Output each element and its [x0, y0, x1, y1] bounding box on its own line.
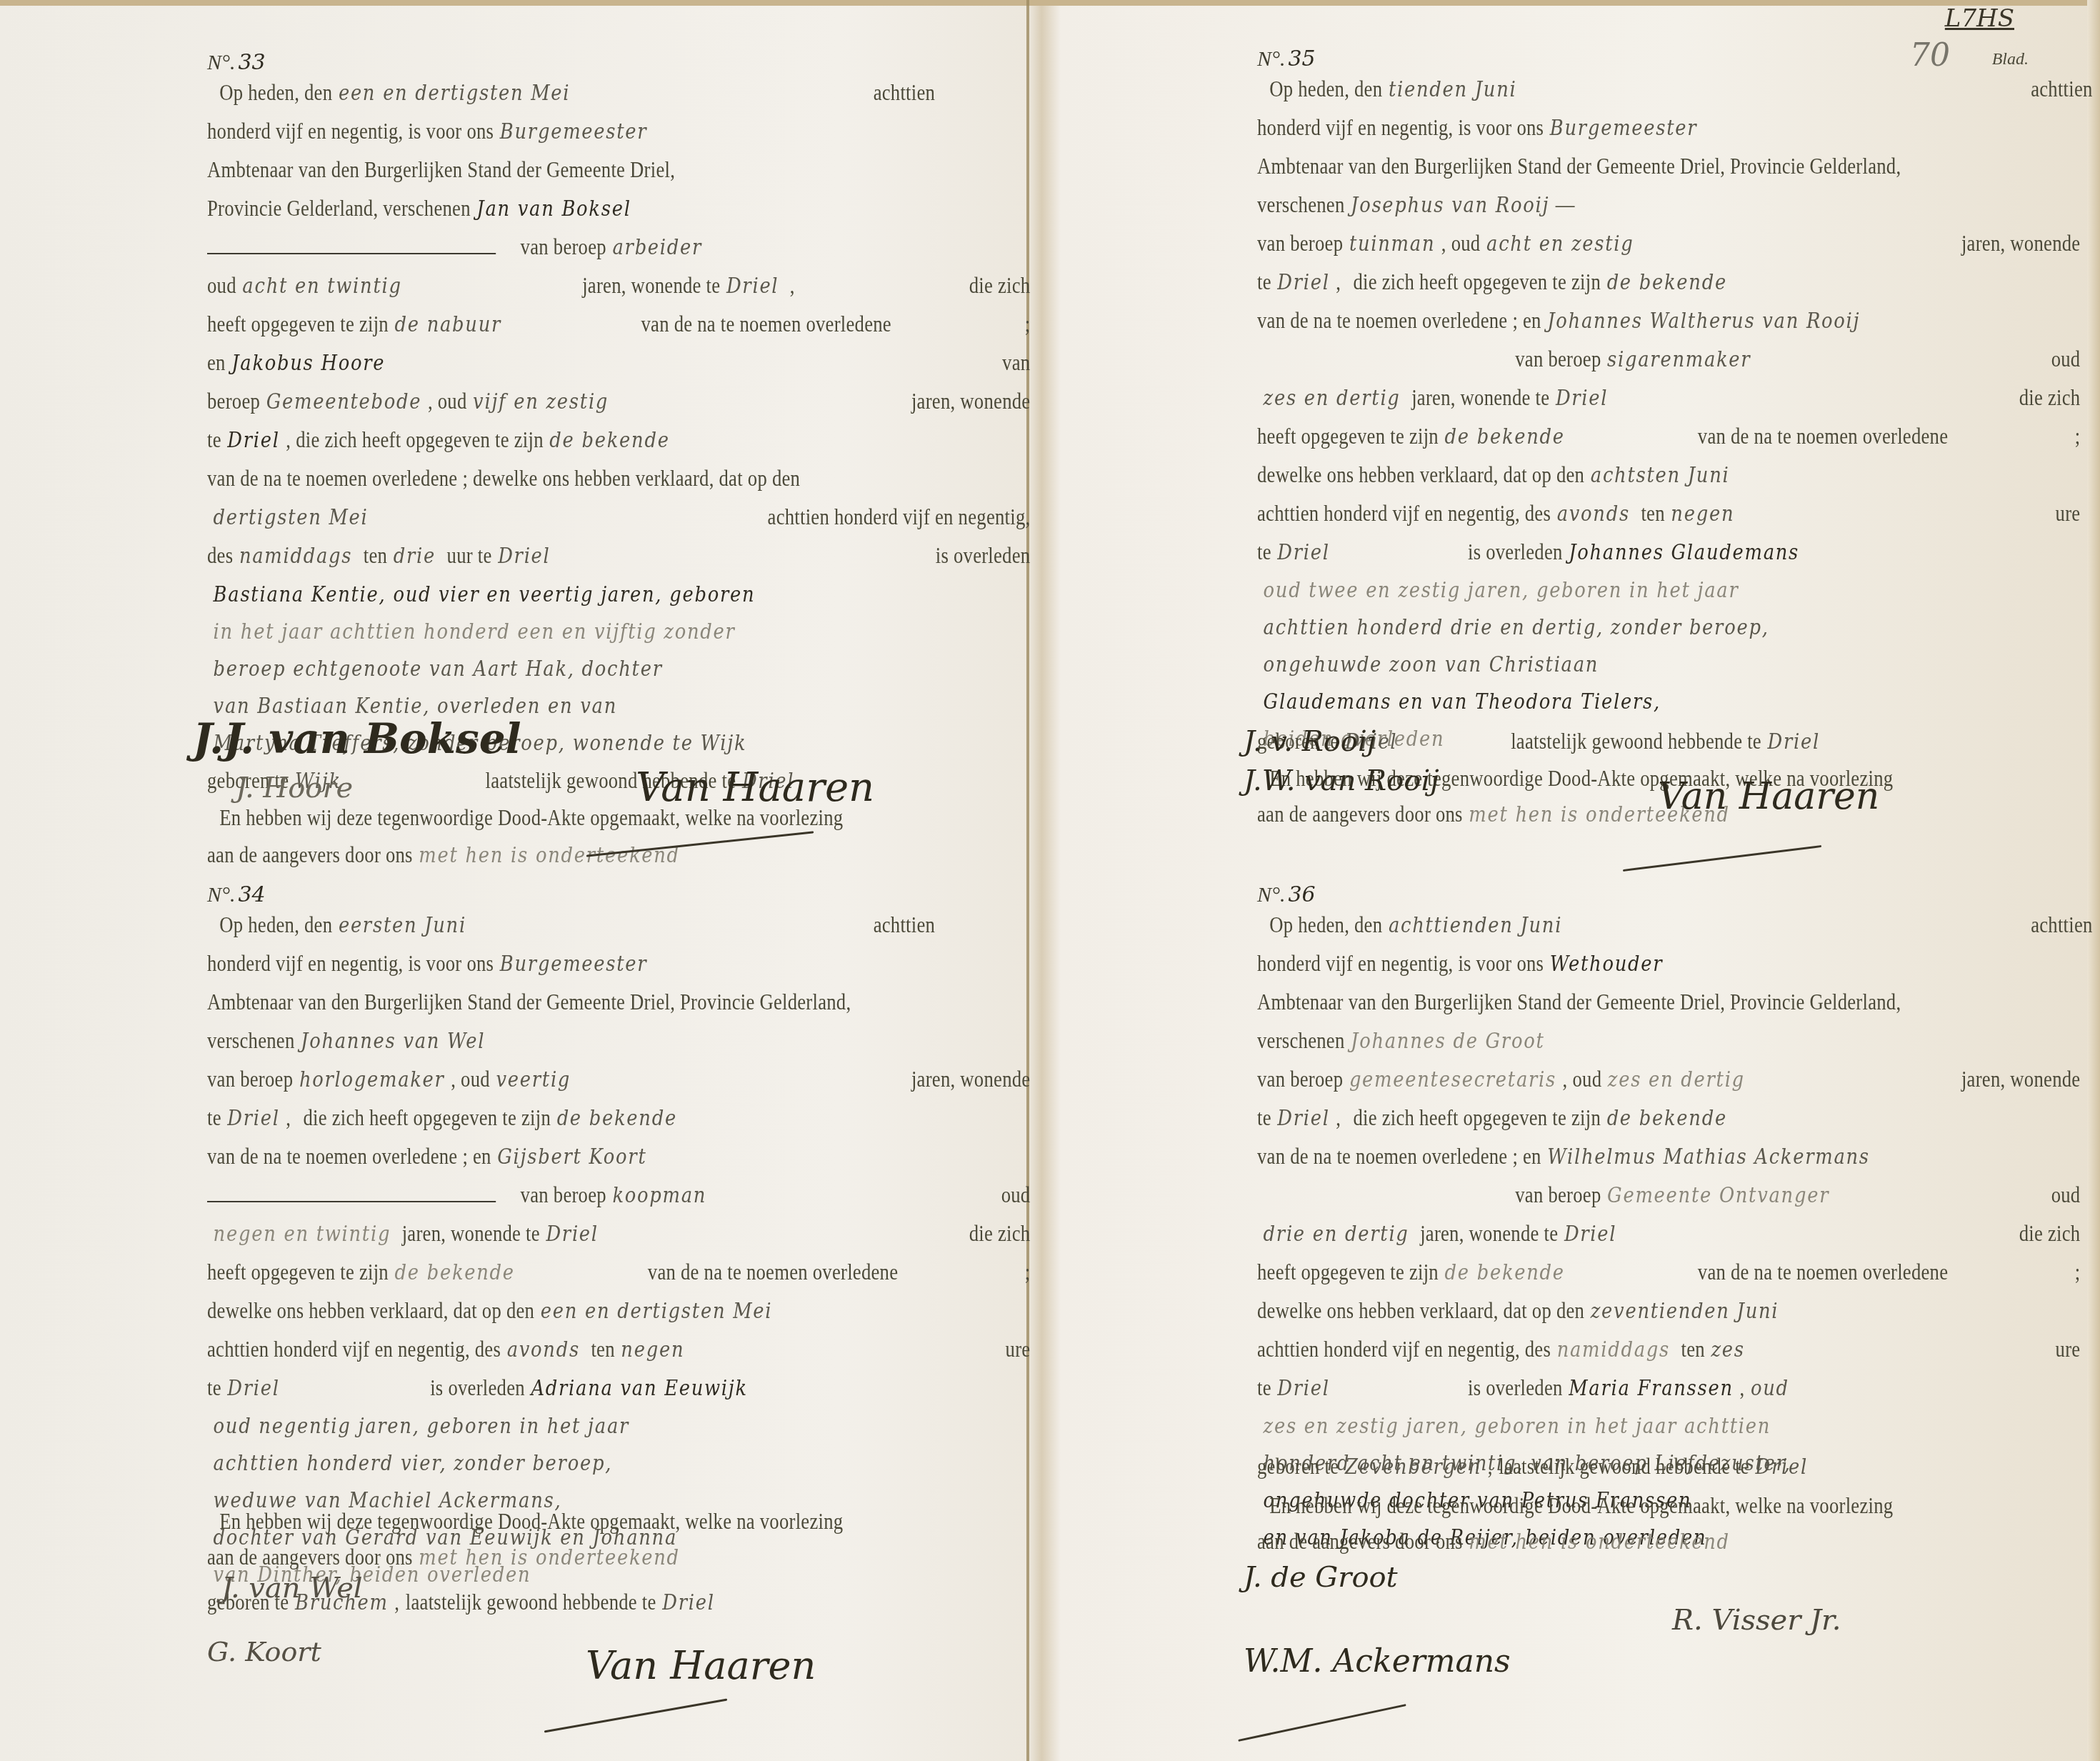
line-declarant1: verschenenJohannes van Wel	[207, 1028, 1030, 1054]
line-age: oudacht en twintig jaren, wonende teDrie…	[207, 273, 1030, 299]
signature-official: Van Haaren	[586, 1643, 816, 1688]
line-date: Op heden, deneersten Juni achttien	[207, 912, 935, 938]
line-date: Op heden, deneen en dertigsten Mei achtt…	[207, 80, 935, 106]
line-death-time: achttien honderd vijf en negentig, desav…	[1257, 501, 2080, 527]
line-relation: heeft opgegeven te zijnde bekende van de…	[207, 1259, 1030, 1285]
line-declarant1: Provincie Gelderland, verschenenJan van …	[207, 196, 923, 221]
signature-declarant2: J.W. van Rooij	[1244, 764, 1439, 797]
deceased-detail-line: oud negentig jaren, geboren in het jaar	[207, 1414, 1030, 1439]
line-death-time: achttien honderd vijf en negentig, desav…	[207, 1337, 1030, 1362]
line-closing-2: aan de aangevers door onsmet hen is onde…	[1257, 1529, 2080, 1555]
line-closing: En hebben wij deze tegenwoordige Dood-Ak…	[207, 805, 1043, 831]
blank-rule	[207, 253, 496, 254]
signature-declarant2: G. Koort	[207, 1636, 321, 1667]
line-occupation: van beroephorlogemaker, oudveertig jaren…	[207, 1067, 1030, 1092]
record-35: N°.35 Op heden, dentienden Juni achttien…	[1257, 46, 2071, 847]
record-number: N°.36	[1257, 882, 1316, 907]
deceased-detail-line: beroep echtgenoote van Aart Hak, dochter	[207, 657, 1030, 682]
line-date: Op heden, dentienden Juni achttien	[1257, 76, 2093, 102]
line-deceased: teDrielis overledenMaria Franssen, oud	[1257, 1375, 2080, 1401]
signature-declarant2: J. Hoore	[236, 772, 353, 804]
line-declarant2: van de na te noemen overledene ; enJohan…	[1257, 308, 2080, 334]
signature-declarant1: J. de Groot	[1244, 1561, 1398, 1594]
line-occupation: van beroeptuinman, oudacht en zestig jar…	[1257, 231, 2080, 256]
line-ambtenaar: Ambtenaar van den Burgerlijken Stand der…	[1257, 989, 2080, 1015]
left-page: N°.33 Op heden, deneen en dertigsten Mei…	[0, 0, 1026, 1761]
line-declarant2-res: teDriel, die zich heeft opgegeven te zij…	[207, 427, 1030, 453]
deceased-detail-line: ongehuwde zoon van Christiaan	[1257, 652, 2080, 677]
line-declarant2-age: drie en dertig jaren, wonende teDriel di…	[1257, 1221, 2080, 1247]
signature-declarant1: J.J. van Boksel	[193, 714, 521, 763]
signature-declarant1: J. van Wel	[221, 1572, 363, 1605]
line-declarant2-occ: beroepGemeentebode, oudvijf en zestig ja…	[207, 389, 1030, 414]
signature-flourish	[544, 1698, 728, 1732]
signature-official: R. Visser Jr.	[1672, 1604, 1841, 1637]
line-declarant2: van de na te noemen overledene ; enGijsb…	[207, 1144, 1030, 1169]
line-closing-2: aan de aangevers door onsmet hen is onde…	[207, 842, 1030, 868]
line-death-date: dertigsten Mei achttien honderd vijf en …	[207, 504, 1030, 530]
line-residence: teDriel, die zich heeft opgegeven te zij…	[1257, 269, 2080, 295]
line-declarant2: enJakobus Hoore van	[207, 350, 1030, 376]
page-stamp-code: L7HS	[1945, 4, 2014, 33]
line-closing-2: aan de aangevers door onsmet hen is onde…	[207, 1545, 1030, 1570]
deceased-detail-line: Glaudemans en van Theodora Tielers,	[1257, 689, 2080, 714]
line-declarant1: verschenenJohannes de Groot	[1257, 1028, 2080, 1054]
line-ambtenaar: Ambtenaar van den Burgerlijken Stand der…	[207, 989, 1030, 1015]
line-occupation: van beroeparbeider	[207, 234, 923, 260]
record-number: N°.34	[207, 882, 266, 907]
line-dewelke: van de na te noemen overledene ; dewelke…	[207, 466, 1030, 492]
line-ambtenaar: Ambtenaar van den Burgerlijken Stand der…	[1257, 154, 2080, 179]
deceased-detail-line: in het jaar achttien honderd een en vijf…	[207, 619, 1030, 644]
declarant2-name: Jakobus Hoore	[226, 351, 391, 376]
line-official: honderd vijf en negentig, is voor onsBur…	[1257, 115, 2080, 141]
line-declarant2-occ: van beroepkoopman oud	[207, 1182, 1030, 1208]
record-number: N°.35	[1257, 46, 1316, 71]
line-official: honderd vijf en negentig, is voor onsBur…	[207, 119, 923, 144]
line-birthplace: geboren teDriellaatstelijk gewoond hebbe…	[1257, 729, 2080, 754]
line-dewelke: dewelke ons hebben verklaard, dat op den…	[1257, 462, 2080, 488]
line-birthplace: geboren teZevenbergen, laatstelijk gewoo…	[1257, 1454, 2080, 1480]
line-dewelke: dewelke ons hebben verklaard, dat op den…	[207, 1298, 1030, 1324]
line-relation: heeft opgegeven te zijnde nabuur van de …	[207, 311, 1030, 337]
signature-flourish	[1623, 845, 1821, 872]
line-deceased: teDrielis overledenAdriana van Eeuwijk	[207, 1375, 1030, 1401]
death-record-date: een en dertigsten Mei	[332, 81, 576, 106]
death-date: dertigsten Mei	[207, 505, 374, 530]
line-death-time: desnamiddags tendrie uur teDriel is over…	[207, 543, 1030, 569]
signature-official: Van Haaren	[636, 764, 874, 811]
signature-flourish	[1238, 1704, 1406, 1742]
line-residence: teDriel, die zich heeft opgegeven te zij…	[1257, 1105, 2080, 1131]
deceased-detail-line: achttien honderd drie en dertig, zonder …	[1257, 615, 2080, 640]
line-official: honderd vijf en negentig, is voor onsBur…	[207, 951, 923, 977]
deceased-name: Johannes Glaudemans	[1563, 540, 1806, 565]
line-residence: teDriel, die zich heeft opgegeven te zij…	[207, 1105, 1030, 1131]
line-declarant2: van de na te noemen overledene ; enWilhe…	[1257, 1144, 2080, 1169]
official-title: Burgemeester	[494, 119, 654, 144]
signature-official: Van Haaren	[1658, 775, 1879, 818]
line-deceased: teDrielis overledenJohannes Glaudemans	[1257, 539, 2080, 565]
line-official: honderd vijf en negentig, is voor onsWet…	[1257, 951, 2080, 977]
record-34: N°.34 Op heden, deneersten Juni achttien…	[207, 882, 1021, 1525]
line-closing: En hebben wij deze tegenwoordige Dood-Ak…	[1257, 1493, 2093, 1519]
record-number: N°.33	[207, 50, 266, 75]
declarant1-name: Jan van Boksel	[471, 196, 637, 221]
deceased-detail-line: achttien honderd vier, zonder beroep,	[207, 1451, 1030, 1476]
line-declarant2-occ: van beroepsigarenmaker oud	[1257, 346, 2080, 372]
line-closing: En hebben wij deze tegenwoordige Dood-Ak…	[207, 1509, 1043, 1535]
right-page: L7HS 70 Blad. N°.35 Op heden, dentienden…	[1029, 0, 2100, 1761]
signature-declarant1: J. v. Rooij	[1244, 725, 1376, 758]
deceased-name: Maria Franssen	[1563, 1376, 1740, 1401]
deceased-name: Adriana van Eeuwijk	[525, 1376, 754, 1401]
deceased-detail-line: Bastiana Kentie, oud vier en veertig jar…	[207, 582, 1030, 607]
line-declarant2-occ: van beroepGemeente Ontvanger oud	[1257, 1182, 2080, 1208]
line-relation: heeft opgegeven te zijnde bekende van de…	[1257, 424, 2080, 449]
line-dewelke: dewelke ons hebben verklaard, dat op den…	[1257, 1298, 2080, 1324]
line-date: Op heden, denachttienden Juni achttien	[1257, 912, 2093, 938]
line-relation: heeft opgegeven te zijnde bekende van de…	[1257, 1259, 2080, 1285]
deceased-detail-line: oud twee en zestig jaren, geboren in het…	[1257, 578, 2080, 603]
line-declarant2-age: zes en dertig jaren, wonende teDriel die…	[1257, 385, 2080, 411]
record-36: N°.36 Op heden, denachttienden Juni acht…	[1257, 882, 2071, 1525]
line-ambtenaar: Ambtenaar van den Burgerlijken Stand der…	[207, 157, 923, 183]
line-death-time: achttien honderd vijf en negentig, desna…	[1257, 1337, 2080, 1362]
line-declarant1: verschenenJosephus van Rooij —	[1257, 192, 2080, 218]
deceased-detail-line: zes en zestig jaren, geboren in het jaar…	[1257, 1414, 2080, 1439]
line-declarant2-age: negen en twintig jaren, wonende teDriel …	[207, 1221, 1030, 1247]
line-occupation: van beroepgemeentesecretaris, oudzes en …	[1257, 1067, 2080, 1092]
signature-declarant2: W.M. Ackermans	[1244, 1643, 1511, 1680]
